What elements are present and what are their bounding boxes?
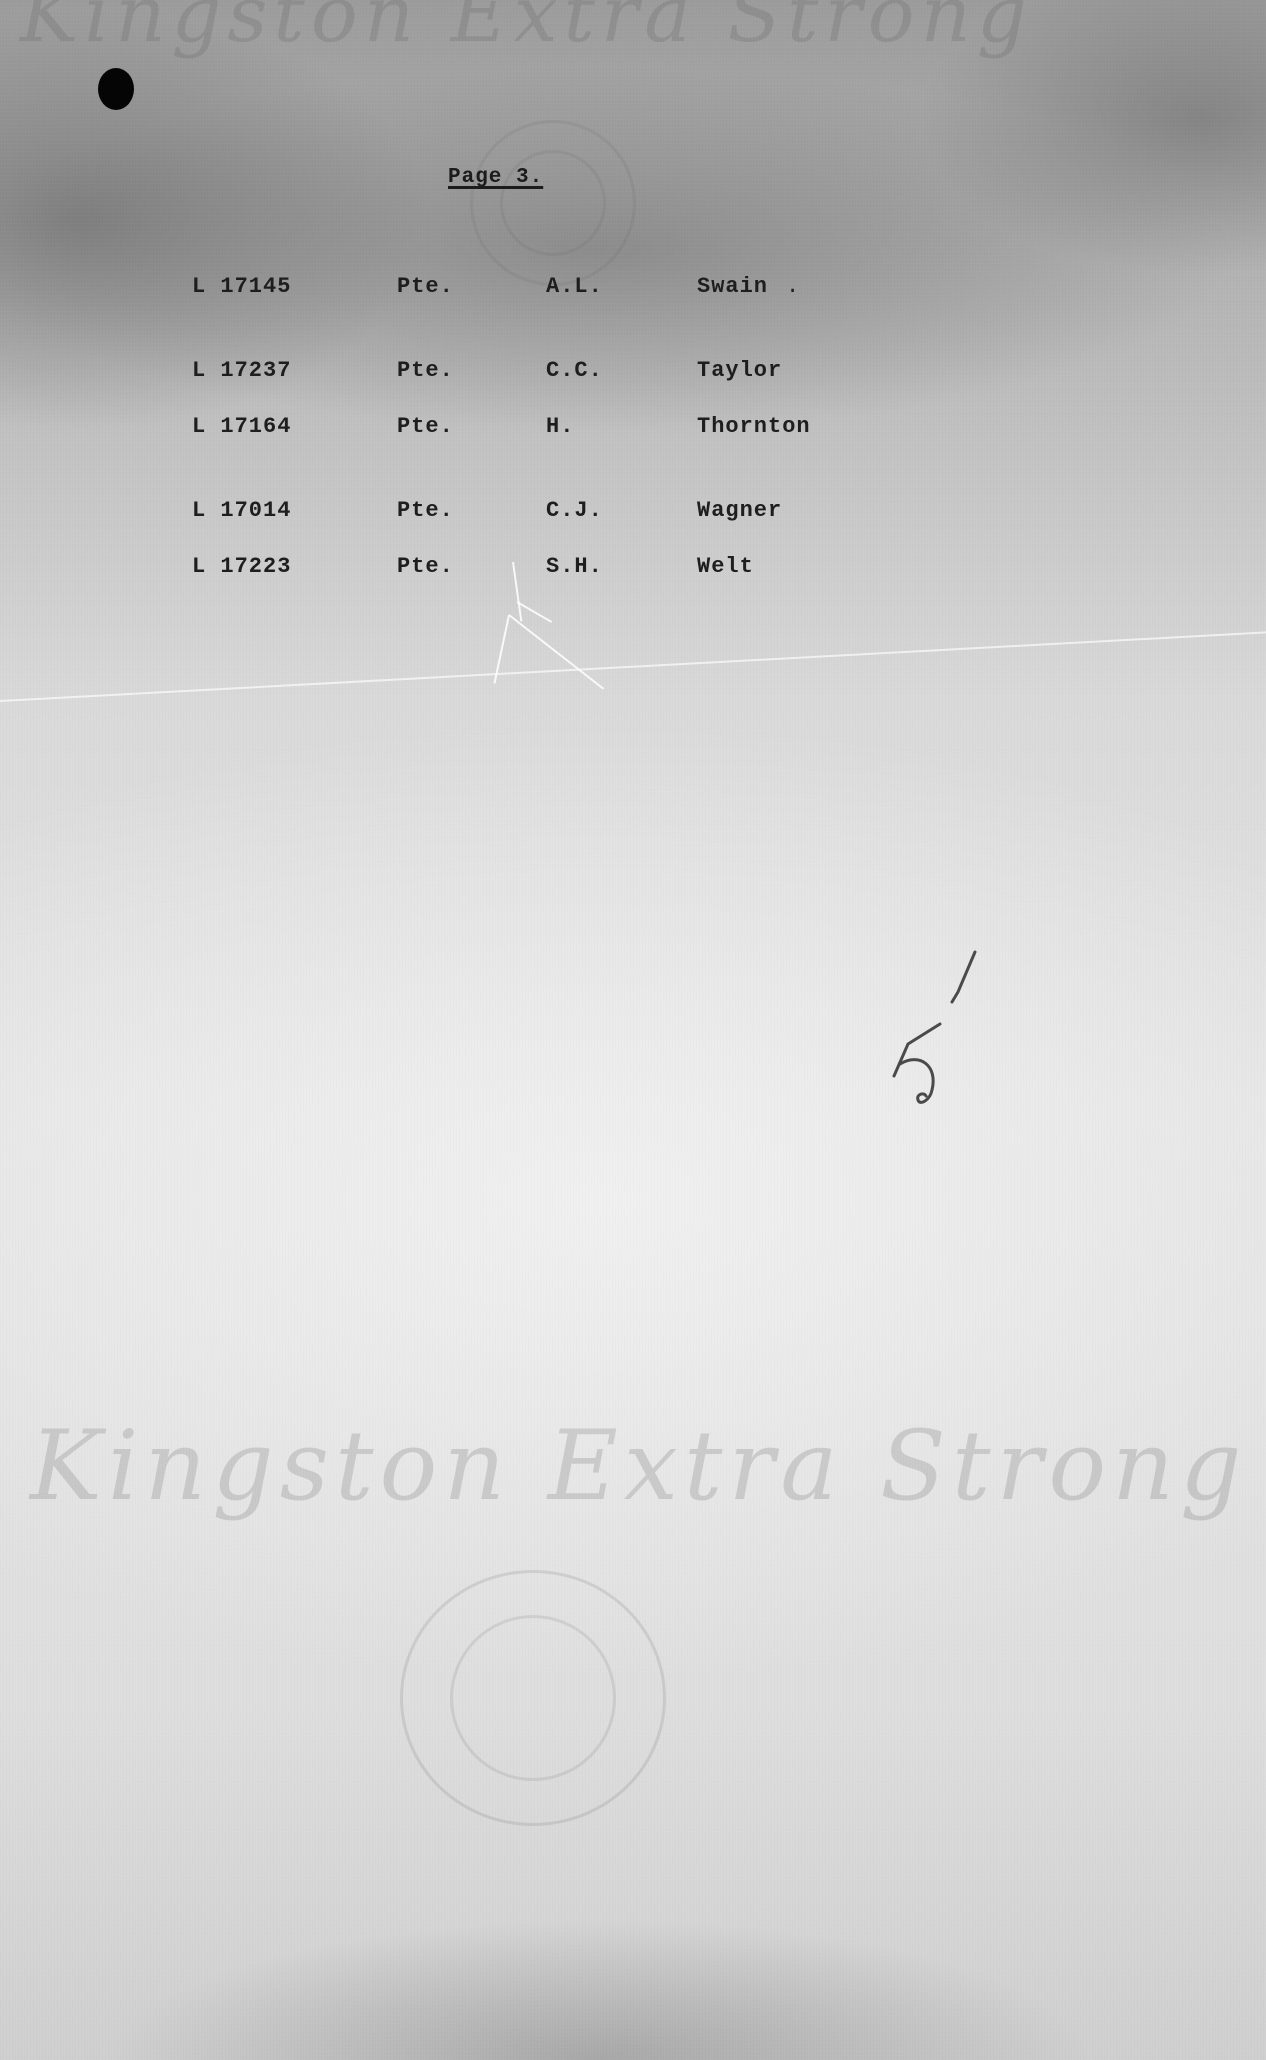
surname: Swain. — [697, 274, 800, 299]
rank: Pte. — [397, 554, 454, 579]
check-mark-icon — [952, 952, 975, 1002]
service-number: L 17014 — [192, 498, 291, 523]
initials: C.C. — [546, 358, 603, 383]
surname: Thornton — [697, 414, 811, 439]
paper-watermark-top: Kingston Extra Strong — [20, 0, 1033, 60]
service-number: L 17145 — [192, 274, 291, 299]
surname: Welt — [697, 554, 754, 579]
rank: Pte. — [397, 358, 454, 383]
initials: S.H. — [546, 554, 603, 579]
paper-watermark-middle: Kingston Extra Strong — [30, 1410, 1247, 1522]
handwritten-annotation — [860, 940, 990, 1110]
page-heading: Page 3. — [448, 166, 543, 189]
service-number: L 17237 — [192, 358, 291, 383]
embossed-seal-bottom-inner — [450, 1615, 616, 1781]
surname: Taylor — [697, 358, 782, 383]
service-number: L 17164 — [192, 414, 291, 439]
initials: A.L. — [546, 274, 603, 299]
surname: Wagner — [697, 498, 782, 523]
punch-hole — [98, 68, 134, 110]
surname-text: Swain — [697, 274, 768, 299]
service-number: L 17223 — [192, 554, 291, 579]
handwritten-five — [894, 1024, 940, 1102]
rank: Pte. — [397, 498, 454, 523]
initials: H. — [546, 414, 574, 439]
rank: Pte. — [397, 414, 454, 439]
initials: C.J. — [546, 498, 603, 523]
rank: Pte. — [397, 274, 454, 299]
stray-mark: . — [786, 274, 800, 299]
scanned-document-page: Kingston Extra Strong Kingston Extra Str… — [0, 0, 1266, 2060]
